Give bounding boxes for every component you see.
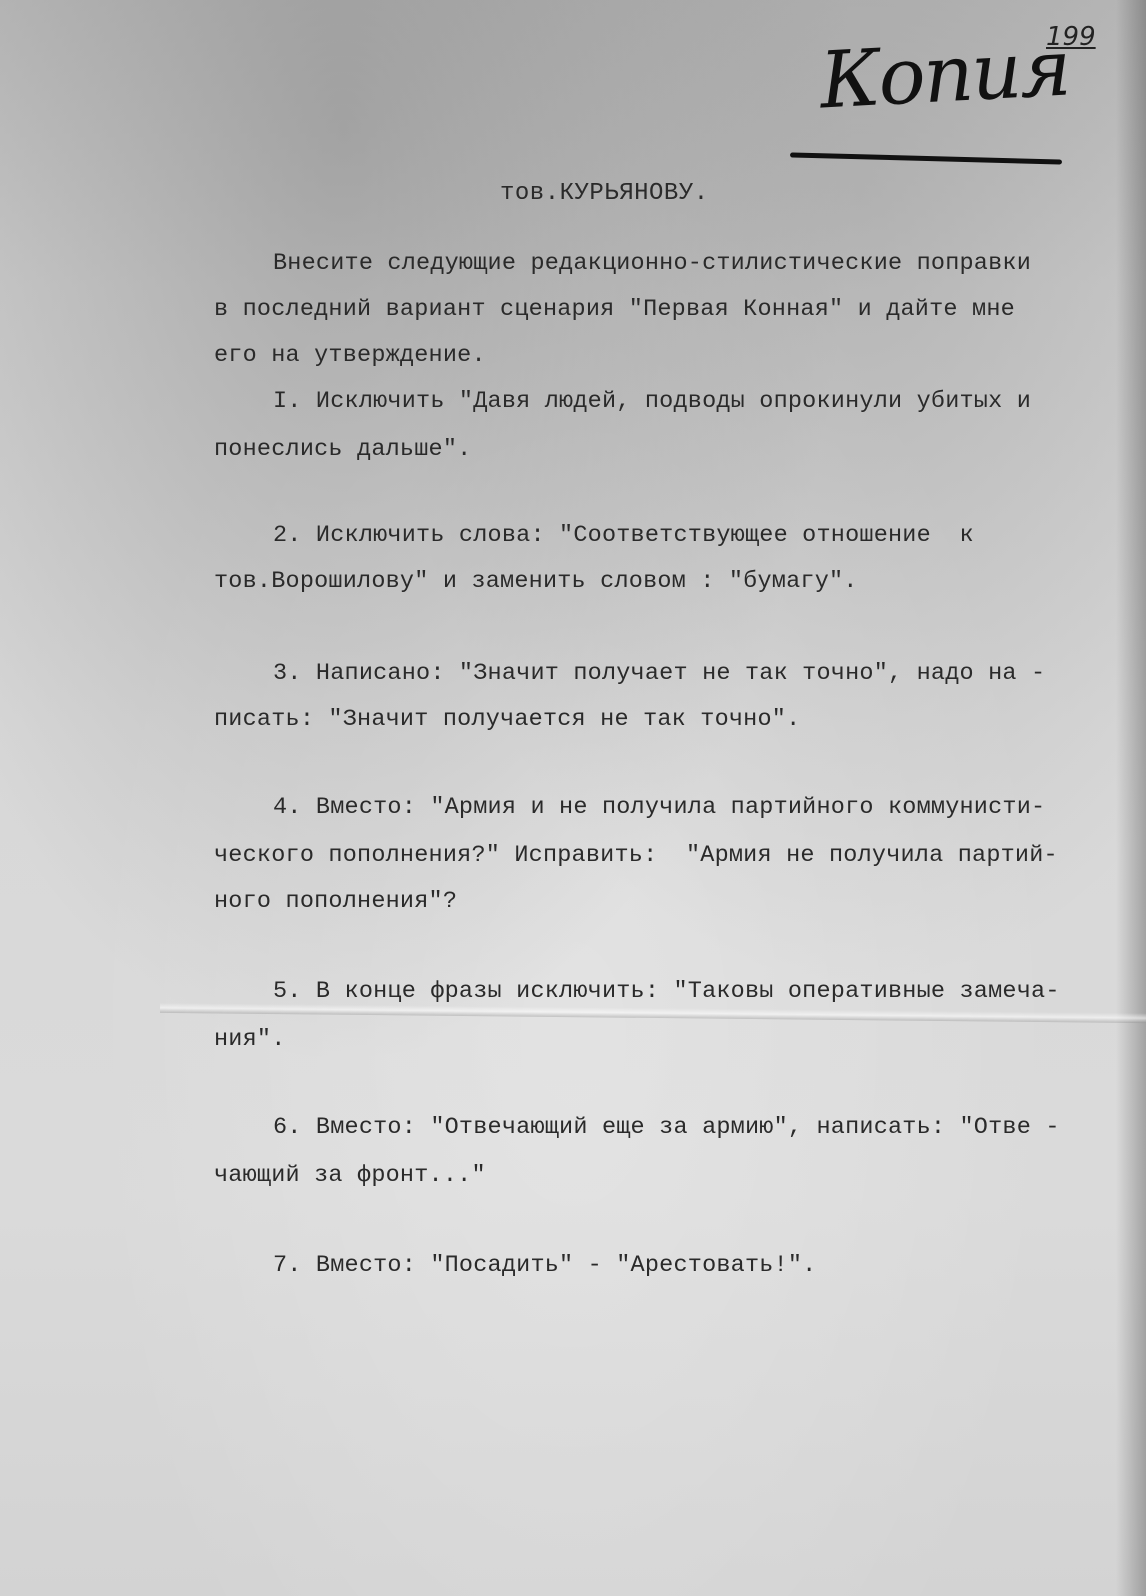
- item-5-line: ния".: [214, 1026, 286, 1053]
- item-5-line: 5. В конце фразы исключить: "Таковы опер…: [273, 978, 1060, 1005]
- intro-line: Внесите следующие редакционно-стилистиче…: [273, 250, 1031, 277]
- addressee: тов.КУРЬЯНОВУ.: [500, 180, 709, 207]
- intro-line: его на утверждение.: [214, 342, 486, 369]
- item-2-line: 2. Исключить слова: "Соответствующее отн…: [273, 522, 974, 549]
- page-edge-shadow: [1116, 0, 1146, 1596]
- item-3-line: писать: "Значит получается не так точно"…: [214, 706, 800, 733]
- item-4-line: 4. Вместо: "Армия и не получила партийно…: [273, 794, 1045, 821]
- paper-fold: [160, 1003, 1146, 1023]
- item-6-line: чающий за фронт...": [214, 1162, 486, 1189]
- item-3-line: 3. Написано: "Значит получает не так точ…: [273, 660, 1045, 687]
- intro-line: в последний вариант сценария "Первая Кон…: [214, 296, 1015, 323]
- item-4-line: ного пополнения"?: [214, 888, 457, 915]
- handwritten-underline: [790, 152, 1062, 164]
- item-6-line: 6. Вместо: "Отвечающий еще за армию", на…: [273, 1114, 1060, 1141]
- item-7-line: 7. Вместо: "Посадить" - "Арестовать!".: [273, 1252, 817, 1279]
- scanned-document-page: Копия 199 тов.КУРЬЯНОВУ. Внесите следующ…: [0, 0, 1146, 1596]
- item-4-line: ческого пополнения?" Исправить: "Армия н…: [214, 842, 1058, 869]
- archive-page-number: 199: [1046, 22, 1096, 52]
- item-1-line: I. Исключить "Давя людей, подводы опроки…: [273, 388, 1031, 415]
- item-1-line: понеслись дальше".: [214, 436, 471, 463]
- item-2-line: тов.Ворошилову" и заменить словом : "бум…: [214, 568, 858, 595]
- handwritten-copy-mark: Копия: [818, 24, 1072, 127]
